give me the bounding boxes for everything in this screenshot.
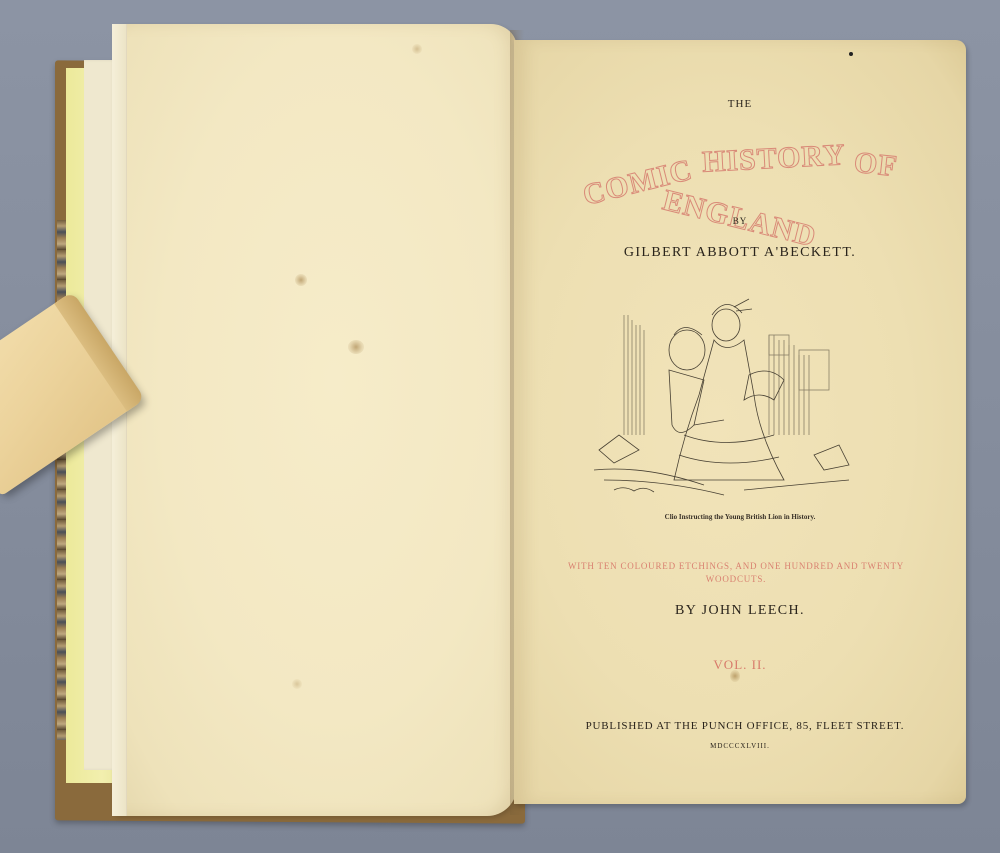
foxing-spot [730, 670, 740, 682]
foxing-spot [348, 340, 364, 354]
publication-date: MDCCCXLVIII. [514, 742, 966, 750]
author-name: GILBERT ABBOTT A'BECKETT. [514, 245, 966, 261]
title-word: HISTORY [701, 138, 846, 179]
title-the: THE [514, 98, 966, 110]
blank-flyleaf-page [112, 24, 517, 816]
engraving-illustration [584, 285, 859, 505]
foxing-spot [412, 44, 422, 54]
foxing-spot [292, 679, 302, 689]
title-word: OF [853, 146, 900, 184]
title-page: THE COMIC HISTORY OF ENGLAND BY GILBERT … [514, 40, 966, 804]
etchings-note: WITH TEN COLOURED ETCHINGS, AND ONE HUND… [514, 560, 966, 586]
volume-number: VOL. II. [514, 657, 966, 673]
illustration-caption: Clio Instructing the Young British Lion … [514, 513, 966, 521]
foxing-spot [295, 274, 307, 286]
pin-hole [849, 52, 853, 56]
by-label: BY [514, 216, 966, 226]
book-photo: THE COMIC HISTORY OF ENGLAND BY GILBERT … [0, 0, 1000, 853]
book-title: COMIC HISTORY OF ENGLAND [514, 136, 966, 204]
publisher-line: PUBLISHED AT THE PUNCH OFFICE, 85, FLEET… [514, 720, 966, 732]
illustrator-name: BY JOHN LEECH. [514, 603, 966, 619]
